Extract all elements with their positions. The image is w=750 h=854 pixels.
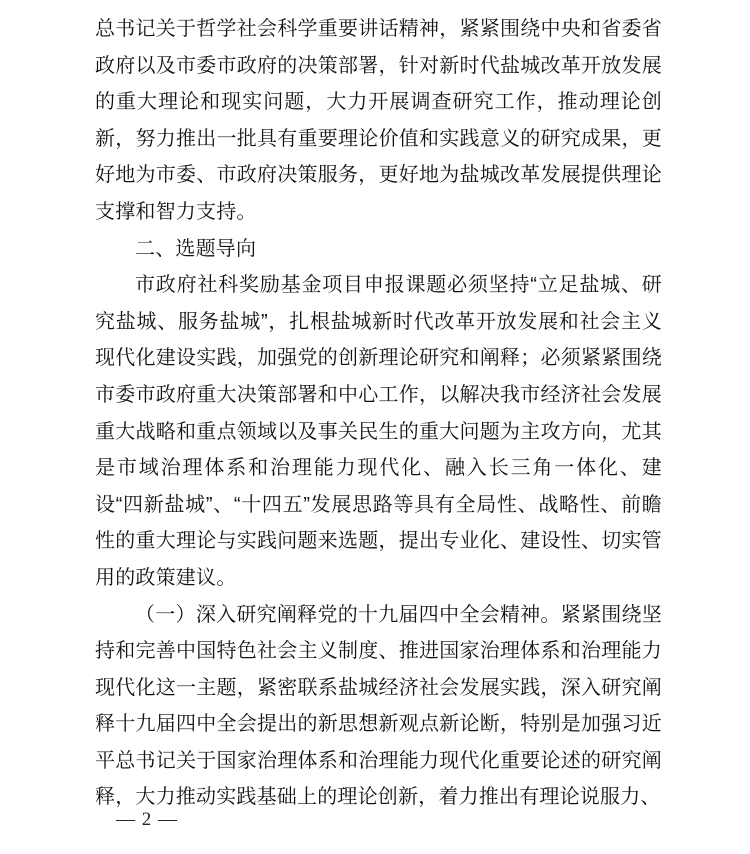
document-page: 总书记关于哲学社会科学重要讲话精神，紧紧围绕中央和省委省政府以及市委市政府的决策…	[0, 0, 750, 854]
section-heading: 二、选题导向	[95, 231, 662, 268]
paragraph-continuation: 总书记关于哲学社会科学重要讲话精神，紧紧围绕中央和省委省政府以及市委市政府的决策…	[95, 11, 662, 231]
paragraph: （一）深入研究阐释党的十九届四中全会精神。紧紧围绕坚持和完善中国特色社会主义制度…	[95, 597, 662, 817]
paragraph: 市政府社科奖励基金项目申报课题必须坚持“立足盐城、研究盐城、服务盐城”，扎根盐城…	[95, 267, 662, 596]
document-body: 总书记关于哲学社会科学重要讲话精神，紧紧围绕中央和省委省政府以及市委市政府的决策…	[95, 11, 662, 816]
page-number: — 2 —	[116, 809, 178, 831]
